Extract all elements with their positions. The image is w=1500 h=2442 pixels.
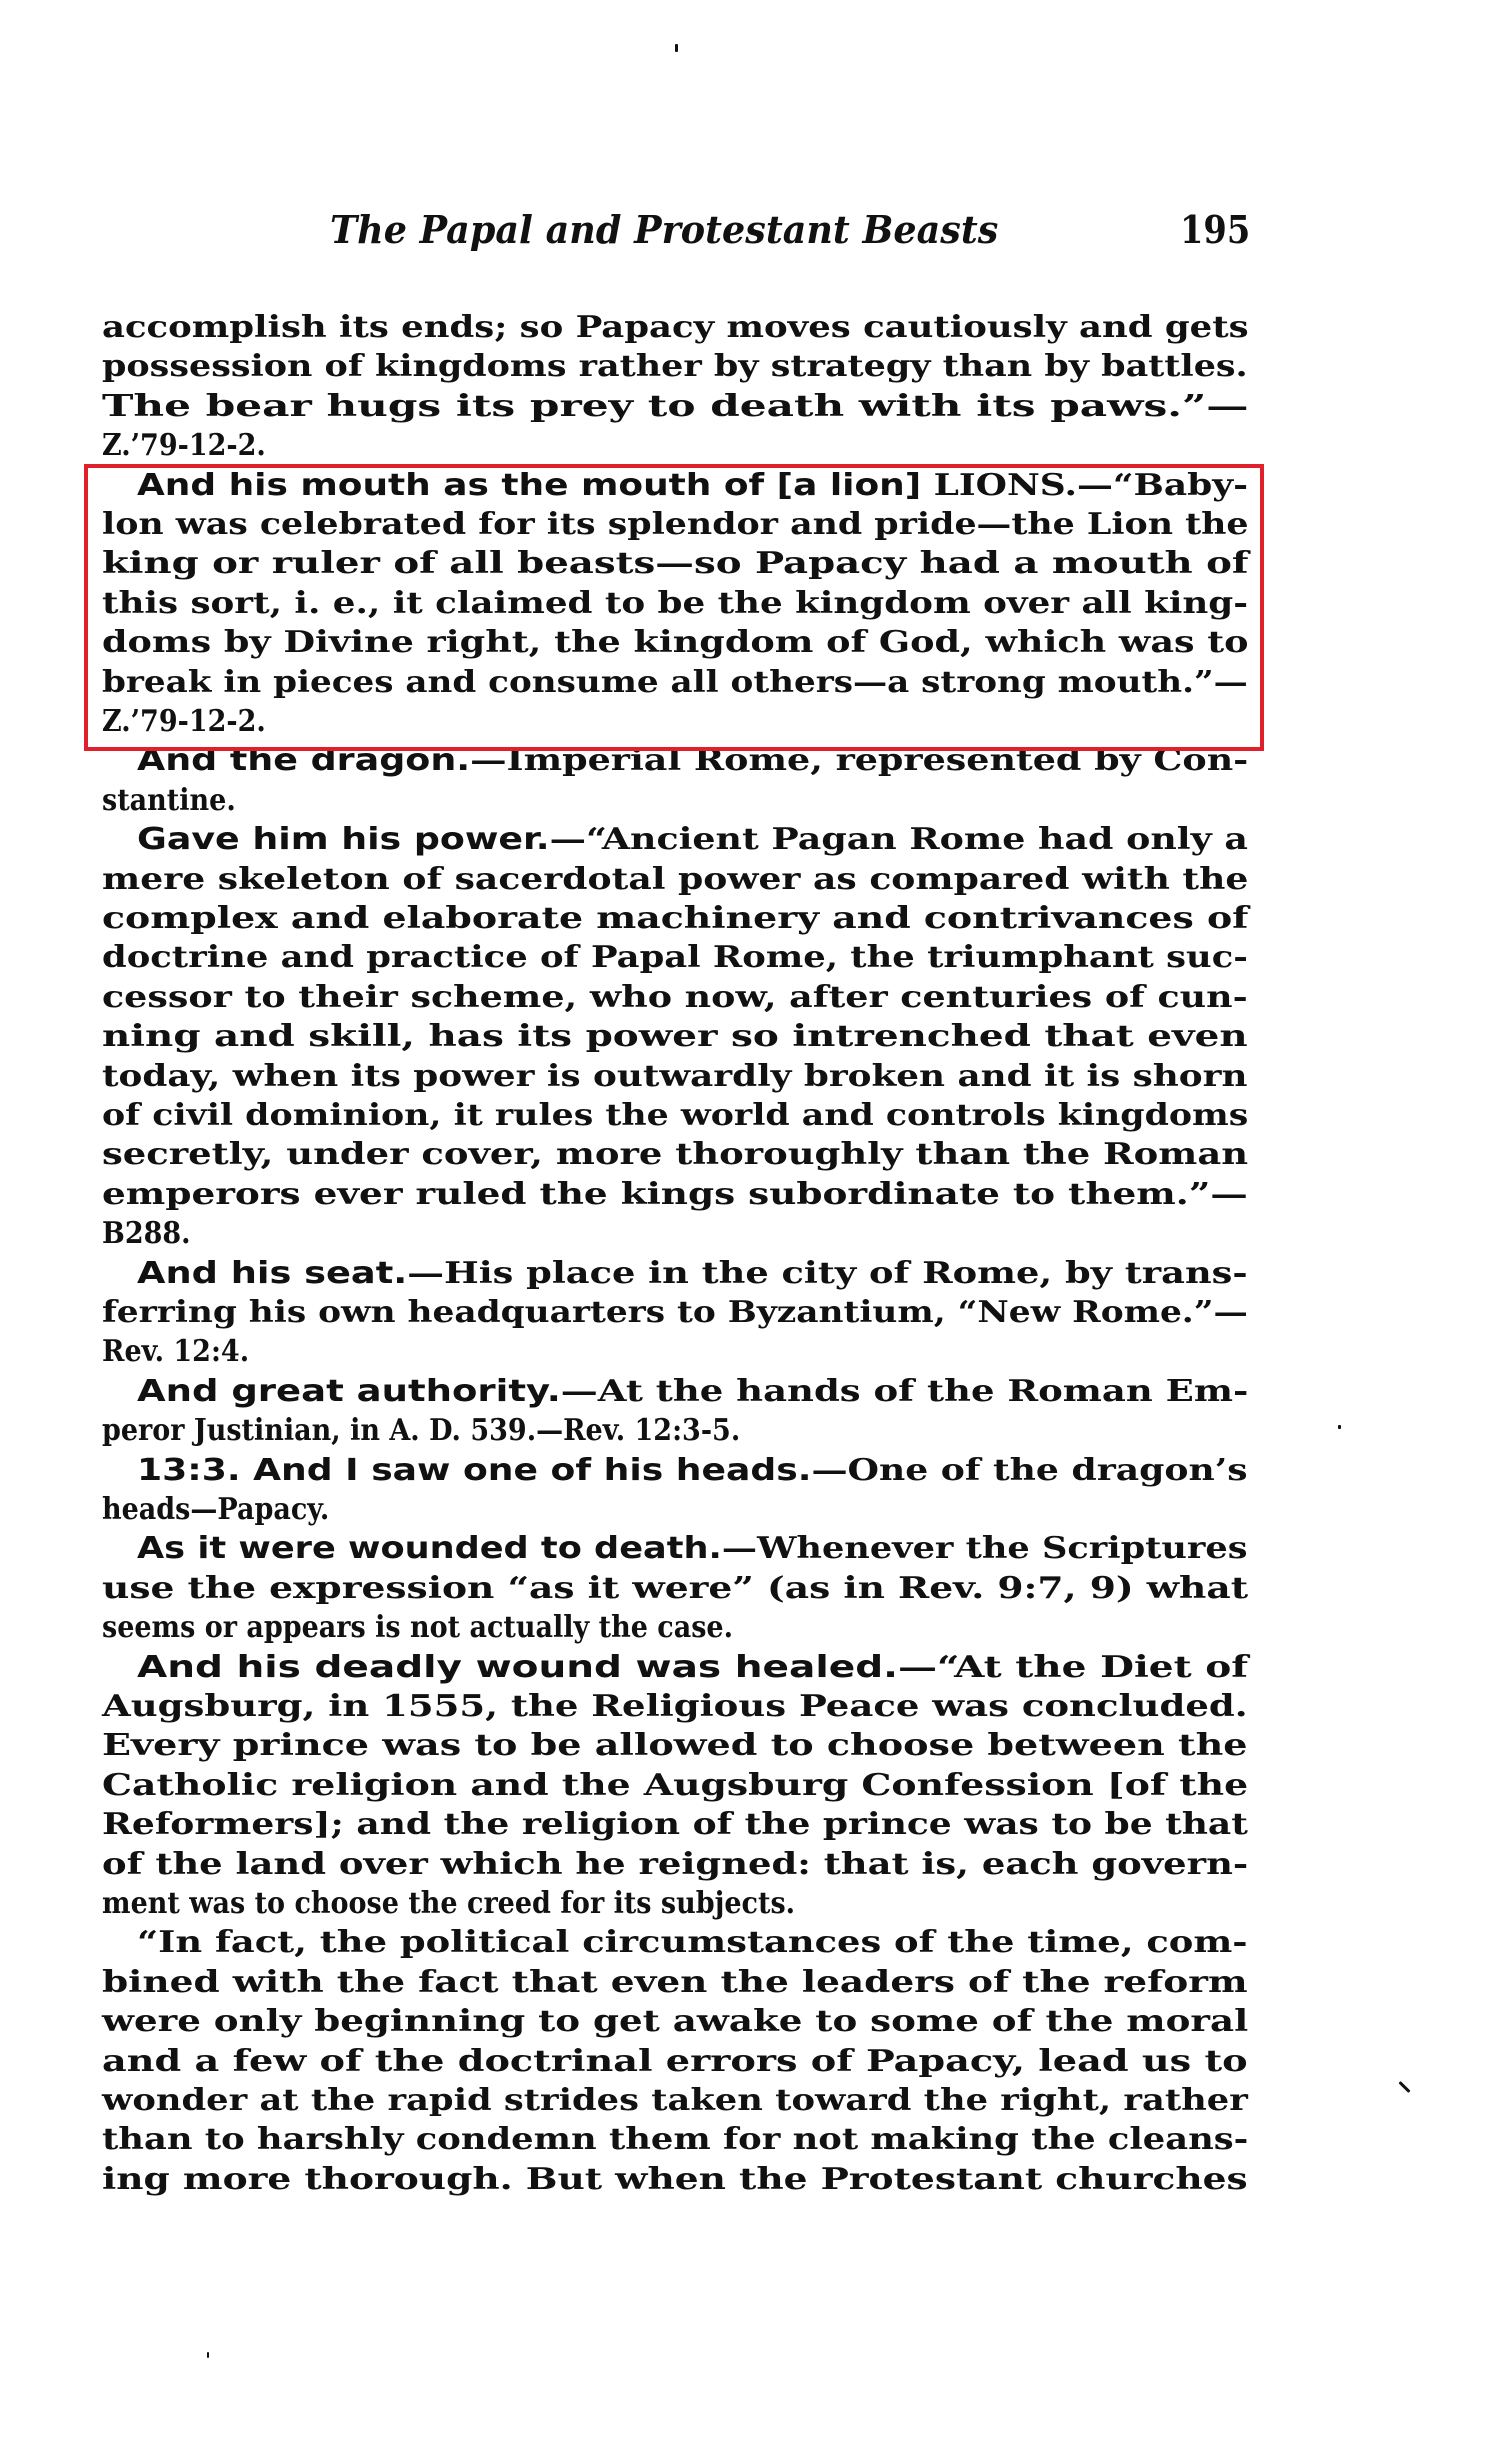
text-line: The bear hugs its prey to death with its…: [102, 387, 1249, 427]
line-text: heads—Papacy.: [102, 1492, 329, 1527]
line-text: complex and elaborate machinery and cont…: [102, 901, 1248, 936]
scan-speck: [1338, 1425, 1341, 1429]
entry-heading: As it were wounded to death.: [137, 1531, 722, 1566]
line-text: wonder at the rapid strides taken toward…: [102, 2083, 1248, 2118]
text-line: ing more thorough. But when the Protesta…: [102, 2160, 1248, 2200]
text-line: doctrine and practice of Papal Rome, the…: [102, 938, 1248, 978]
text-line: cessor to their scheme, who now, after c…: [102, 978, 1248, 1018]
line-text: use the expression “as it were” (as in R…: [102, 1571, 1248, 1606]
line-text: Rev. 12:4.: [102, 1334, 249, 1369]
text-line: secretly, under cover, more thoroughly t…: [102, 1135, 1248, 1175]
line-text: ning and skill, has its power so intrenc…: [102, 1019, 1248, 1054]
line-text: than to harshly condemn them for not mak…: [102, 2122, 1248, 2157]
text-line: lon was celebrated for its splendor and …: [102, 505, 1249, 545]
text-line: peror Justinian, in A. D. 539.—Rev. 12:3…: [102, 1411, 740, 1451]
text-line: and a few of the doctrinal errors of Pap…: [102, 2042, 1248, 2082]
entry-heading: And his seat.: [137, 1256, 407, 1291]
line-text: king or ruler of all beasts—so Papacy ha…: [102, 546, 1249, 581]
text-line: than to harshly condemn them for not mak…: [102, 2120, 1248, 2160]
text-line: And great authority.—At the hands of the…: [137, 1372, 1248, 1412]
scan-speck: [1398, 2081, 1410, 2093]
line-text: possession of kingdoms rather by strateg…: [102, 349, 1248, 384]
text-line: stantine.: [102, 781, 236, 821]
scan-speck: [207, 2352, 209, 2358]
line-text: doctrine and practice of Papal Rome, the…: [102, 940, 1248, 975]
line-text: peror Justinian, in A. D. 539.—Rev. 12:3…: [102, 1413, 740, 1448]
entry-heading: And great authority.: [137, 1374, 561, 1409]
text-line: seems or appears is not actually the cas…: [102, 1608, 733, 1648]
text-line: today, when its power is outwardly broke…: [102, 1057, 1247, 1097]
text-line: And his seat.—His place in the city of R…: [137, 1254, 1248, 1294]
text-line: Gave him his power.—“Ancient Pagan Rome …: [137, 820, 1248, 860]
line-text: Augsburg, in 1555, the Religious Peace w…: [102, 1689, 1248, 1724]
line-text: accomplish its ends; so Papacy moves cau…: [102, 310, 1249, 345]
line-text: —Whenever the Scriptures: [722, 1531, 1248, 1566]
text-line: were only beginning to get awake to some…: [102, 2002, 1248, 2042]
text-line: ning and skill, has its power so intrenc…: [102, 1017, 1248, 1057]
line-text: this sort, i. e., it claimed to be the k…: [102, 586, 1248, 621]
line-text: mere skeleton of sacerdotal power as com…: [102, 862, 1248, 897]
line-text: secretly, under cover, more thoroughly t…: [102, 1137, 1248, 1172]
running-title: The Papal and Protestant Beasts: [330, 205, 998, 255]
text-line: ferring his own headquarters to Byzantiu…: [102, 1293, 1248, 1333]
text-line: And the dragon.—Imperial Rome, represent…: [137, 741, 1248, 781]
line-text: of the land over which he reigned: that …: [102, 1847, 1248, 1882]
line-text: seems or appears is not actually the cas…: [102, 1610, 733, 1645]
text-line: of the land over which he reigned: that …: [102, 1845, 1248, 1885]
line-text: Z.’79-12-2.: [102, 704, 266, 739]
text-line: Augsburg, in 1555, the Religious Peace w…: [102, 1687, 1248, 1727]
scan-speck: [675, 44, 678, 52]
text-line: emperors ever ruled the kings subordinat…: [102, 1175, 1248, 1215]
line-text: The bear hugs its prey to death with its…: [102, 389, 1249, 424]
text-line: Rev. 12:4.: [102, 1332, 249, 1372]
line-text: —At the hands of the Roman Em-: [561, 1374, 1249, 1409]
line-text: “In fact, the political circumstances of…: [137, 1925, 1248, 1960]
line-text: B288.: [102, 1216, 191, 1251]
text-line: mere skeleton of sacerdotal power as com…: [102, 860, 1248, 900]
text-line: As it were wounded to death.—Whenever th…: [137, 1529, 1248, 1569]
text-line: B288.: [102, 1214, 191, 1254]
line-text: —His place in the city of Rome, by trans…: [407, 1256, 1247, 1291]
line-text: were only beginning to get awake to some…: [102, 2004, 1248, 2039]
line-text: Z.’79-12-2.: [102, 428, 266, 463]
text-line: “In fact, the political circumstances of…: [137, 1923, 1248, 1963]
line-text: stantine.: [102, 783, 236, 818]
text-line: this sort, i. e., it claimed to be the k…: [102, 584, 1248, 624]
line-text: lon was celebrated for its splendor and …: [102, 507, 1249, 542]
line-text: Reformers]; and the religion of the prin…: [102, 1807, 1248, 1842]
text-line: Z.’79-12-2.: [102, 702, 266, 742]
entry-heading: And his mouth as the mouth of [a lion]: [137, 468, 921, 503]
text-line: bined with the fact that even the leader…: [102, 1963, 1248, 2003]
text-line: accomplish its ends; so Papacy moves cau…: [102, 308, 1249, 348]
entry-heading: Gave him his power.: [137, 822, 550, 857]
text-line: complex and elaborate machinery and cont…: [102, 899, 1248, 939]
entry-heading: And the dragon.: [137, 743, 470, 778]
line-text: bined with the fact that even the leader…: [102, 1965, 1248, 2000]
line-text: cessor to their scheme, who now, after c…: [102, 980, 1248, 1015]
text-line: Z.’79-12-2.: [102, 426, 266, 466]
entry-heading: And his deadly wound was healed.: [137, 1650, 898, 1685]
text-line: possession of kingdoms rather by strateg…: [102, 347, 1248, 387]
line-text: of civil dominion, it rules the world an…: [102, 1098, 1248, 1133]
line-text: break in pieces and consume all others—a…: [102, 665, 1248, 700]
line-text: ing more thorough. But when the Protesta…: [102, 2162, 1248, 2197]
line-text: —“At the Diet of: [898, 1650, 1248, 1685]
text-line: And his mouth as the mouth of [a lion] L…: [137, 466, 1248, 506]
text-line: wonder at the rapid strides taken toward…: [102, 2081, 1248, 2121]
line-text: and a few of the doctrinal errors of Pap…: [102, 2044, 1248, 2079]
text-line: of civil dominion, it rules the world an…: [102, 1096, 1248, 1136]
text-line: doms by Divine right, the kingdom of God…: [102, 623, 1249, 663]
text-line: heads—Papacy.: [102, 1490, 329, 1530]
line-text: emperors ever ruled the kings subordinat…: [102, 1177, 1248, 1212]
line-text: ferring his own headquarters to Byzantiu…: [102, 1295, 1248, 1330]
text-line: And his deadly wound was healed.—“At the…: [137, 1648, 1248, 1688]
line-text: —“Ancient Pagan Rome had only a: [550, 822, 1248, 857]
line-text: LIONS.—“Baby-: [921, 468, 1248, 503]
text-line: break in pieces and consume all others—a…: [102, 663, 1248, 703]
line-text: Every prince was to be allowed to choose…: [102, 1728, 1248, 1763]
text-line: Reformers]; and the religion of the prin…: [102, 1805, 1248, 1845]
line-text: —Imperial Rome, represented by Con-: [470, 743, 1248, 778]
text-line: Catholic religion and the Augsburg Confe…: [102, 1766, 1248, 1806]
entry-heading: 13:3. And I saw one of his heads.: [137, 1453, 811, 1488]
text-line: king or ruler of all beasts—so Papacy ha…: [102, 544, 1249, 584]
line-text: Catholic religion and the Augsburg Confe…: [102, 1768, 1248, 1803]
scanned-book-page: The Papal and Protestant Beasts 195 acco…: [0, 0, 1500, 2442]
text-line: ment was to choose the creed for its sub…: [102, 1884, 795, 1924]
text-line: 13:3. And I saw one of his heads.—One of…: [137, 1451, 1248, 1491]
text-line: use the expression “as it were” (as in R…: [102, 1569, 1248, 1609]
line-text: —One of the dragon’s: [811, 1453, 1247, 1488]
text-line: Every prince was to be allowed to choose…: [102, 1726, 1248, 1766]
line-text: doms by Divine right, the kingdom of God…: [102, 625, 1249, 660]
line-text: ment was to choose the creed for its sub…: [102, 1886, 795, 1921]
page-number: 195: [1180, 205, 1250, 255]
line-text: today, when its power is outwardly broke…: [102, 1059, 1247, 1094]
